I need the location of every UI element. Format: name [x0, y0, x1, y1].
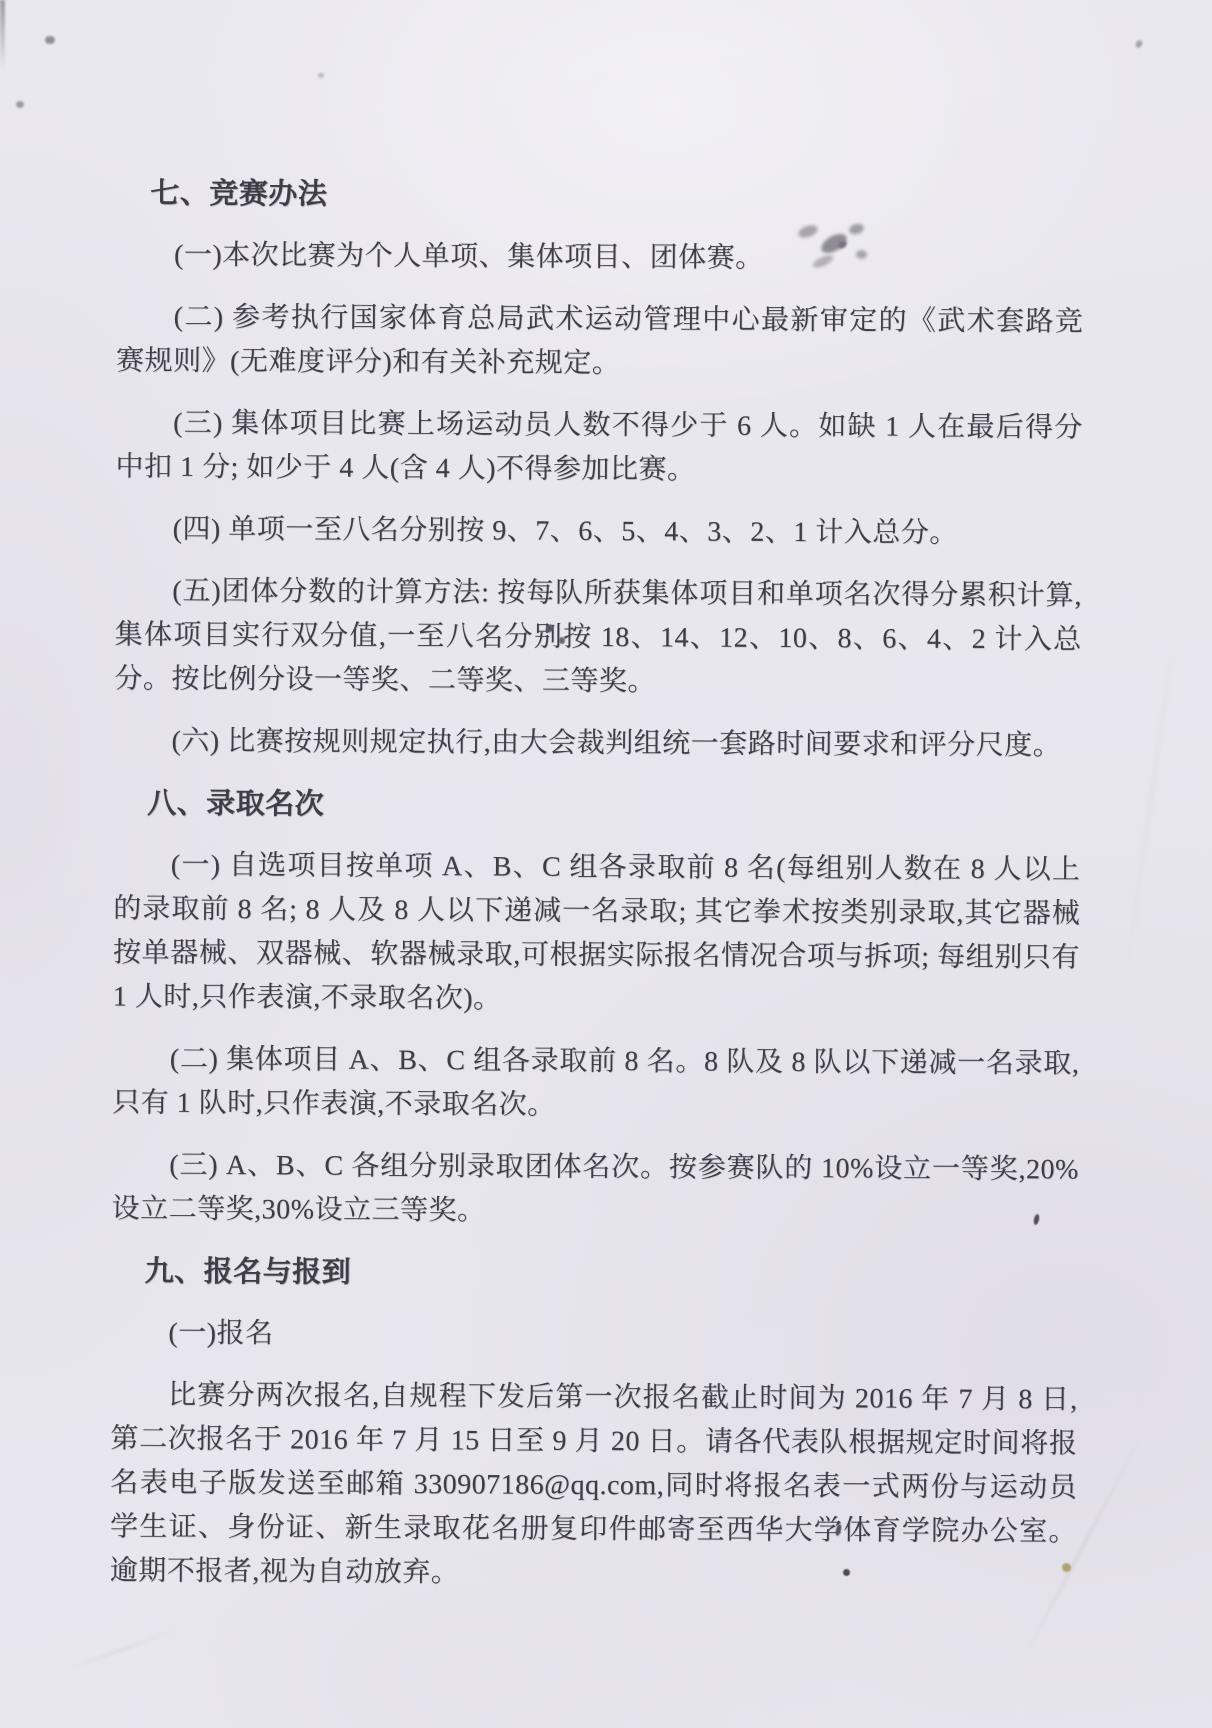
paper-crease: [64, 1629, 177, 1672]
paragraph: (三) A、B、C 各组分别录取团体名次。按参赛队的 10%设立一等奖,20%设…: [112, 1143, 1079, 1236]
paragraph: (六) 比赛按规则规定执行,由大会裁判组统一套路时间要求和评分尺度。: [114, 719, 1081, 768]
section-competition-methods: 七、竞赛办法 (一)本次比赛为个人单项、集体项目、团体赛。 (二) 参考执行国家…: [114, 171, 1084, 768]
paragraph: (一)本次比赛为个人单项、集体项目、团体赛。: [117, 233, 1084, 282]
section-registration-checkin: 九、报名与报到 (一)报名 比赛分两次报名,自规程下发后第一次报名截止时间为 2…: [110, 1249, 1079, 1598]
paragraph: (一) 自选项目按单项 A、B、C 组各录取前 8 名(每组别人数在 8 人以上…: [113, 843, 1081, 1024]
paragraph: (二) 参考执行国家体育总局武术运动管理中心最新审定的《武术套路竞赛规则》(无难…: [116, 295, 1083, 388]
paragraph: (五)团体分数的计算方法: 按每队所获集体项目和单项名次得分累积计算,集体项目实…: [114, 569, 1082, 706]
scanned-document-page: 七、竞赛办法 (一)本次比赛为个人单项、集体项目、团体赛。 (二) 参考执行国家…: [0, 0, 1212, 1728]
section-heading: 八、录取名次: [114, 781, 1081, 830]
paragraph: (二) 集体项目 A、B、C 组各录取前 8 名。8 队及 8 队以下递减一名录…: [112, 1037, 1079, 1130]
section-heading: 七、竞赛办法: [117, 171, 1084, 220]
section-heading: 九、报名与报到: [111, 1249, 1078, 1298]
paragraph: (四) 单项一至八名分别按 9、7、6、5、4、3、2、1 计入总分。: [115, 507, 1082, 556]
sub-heading-registration: (一)报名: [111, 1311, 1078, 1360]
document-content: 七、竞赛办法 (一)本次比赛为个人单项、集体项目、团体赛。 (二) 参考执行国家…: [0, 0, 1212, 1599]
paragraph: 比赛分两次报名,自规程下发后第一次报名截止时间为 2016 年 7 月 8 日,…: [110, 1373, 1078, 1598]
paragraph: (三) 集体项目比赛上场运动员人数不得少于 6 人。如缺 1 人在最后得分中扣 …: [115, 401, 1082, 494]
section-ranking-admission: 八、录取名次 (一) 自选项目按单项 A、B、C 组各录取前 8 名(每组别人数…: [112, 781, 1081, 1236]
